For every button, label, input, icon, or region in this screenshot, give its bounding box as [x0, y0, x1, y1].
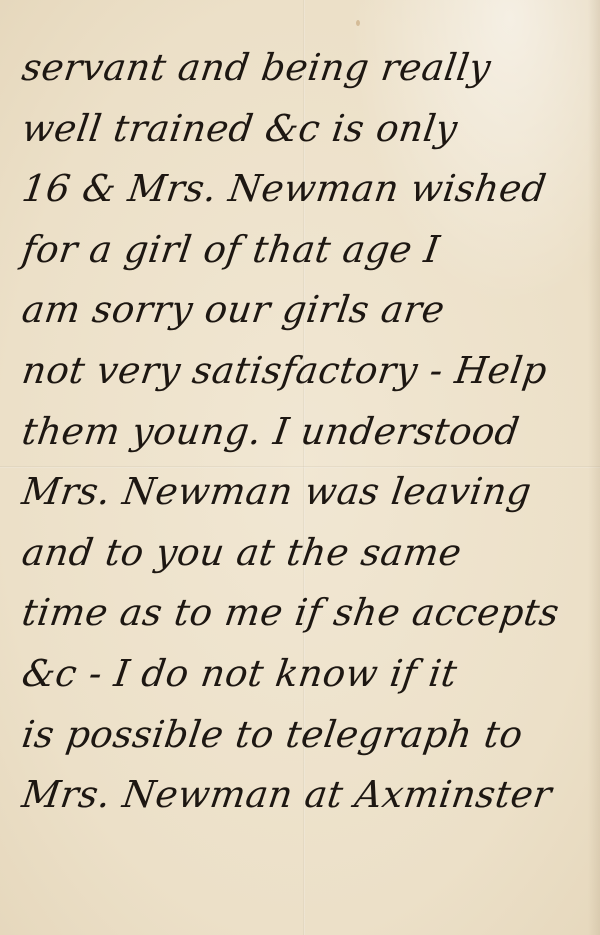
handwritten-line: servant and being really: [18, 38, 597, 99]
handwritten-line: am sorry our girls are: [18, 280, 597, 341]
handwritten-line: not very satisfactory - Help: [18, 341, 597, 402]
letter-page: servant and being really well trained &c…: [0, 0, 600, 935]
handwritten-line: &c - I do not know if it: [18, 644, 597, 705]
handwritten-line: Mrs. Newman at Axminster: [18, 765, 597, 826]
handwritten-text: servant and being really well trained &c…: [18, 38, 588, 826]
handwritten-line: Mrs. Newman was leaving: [18, 462, 597, 523]
handwritten-line: is possible to telegraph to: [18, 705, 597, 766]
handwritten-line: them young. I understood: [18, 402, 597, 463]
handwritten-line: 16 & Mrs. Newman wished: [18, 159, 597, 220]
handwritten-line: well trained &c is only: [18, 99, 597, 160]
handwritten-line: and to you at the same: [18, 523, 597, 584]
handwritten-line: for a girl of that age I: [18, 220, 597, 281]
foxing-spot: [356, 20, 360, 26]
handwritten-line: time as to me if she accepts: [18, 583, 597, 644]
